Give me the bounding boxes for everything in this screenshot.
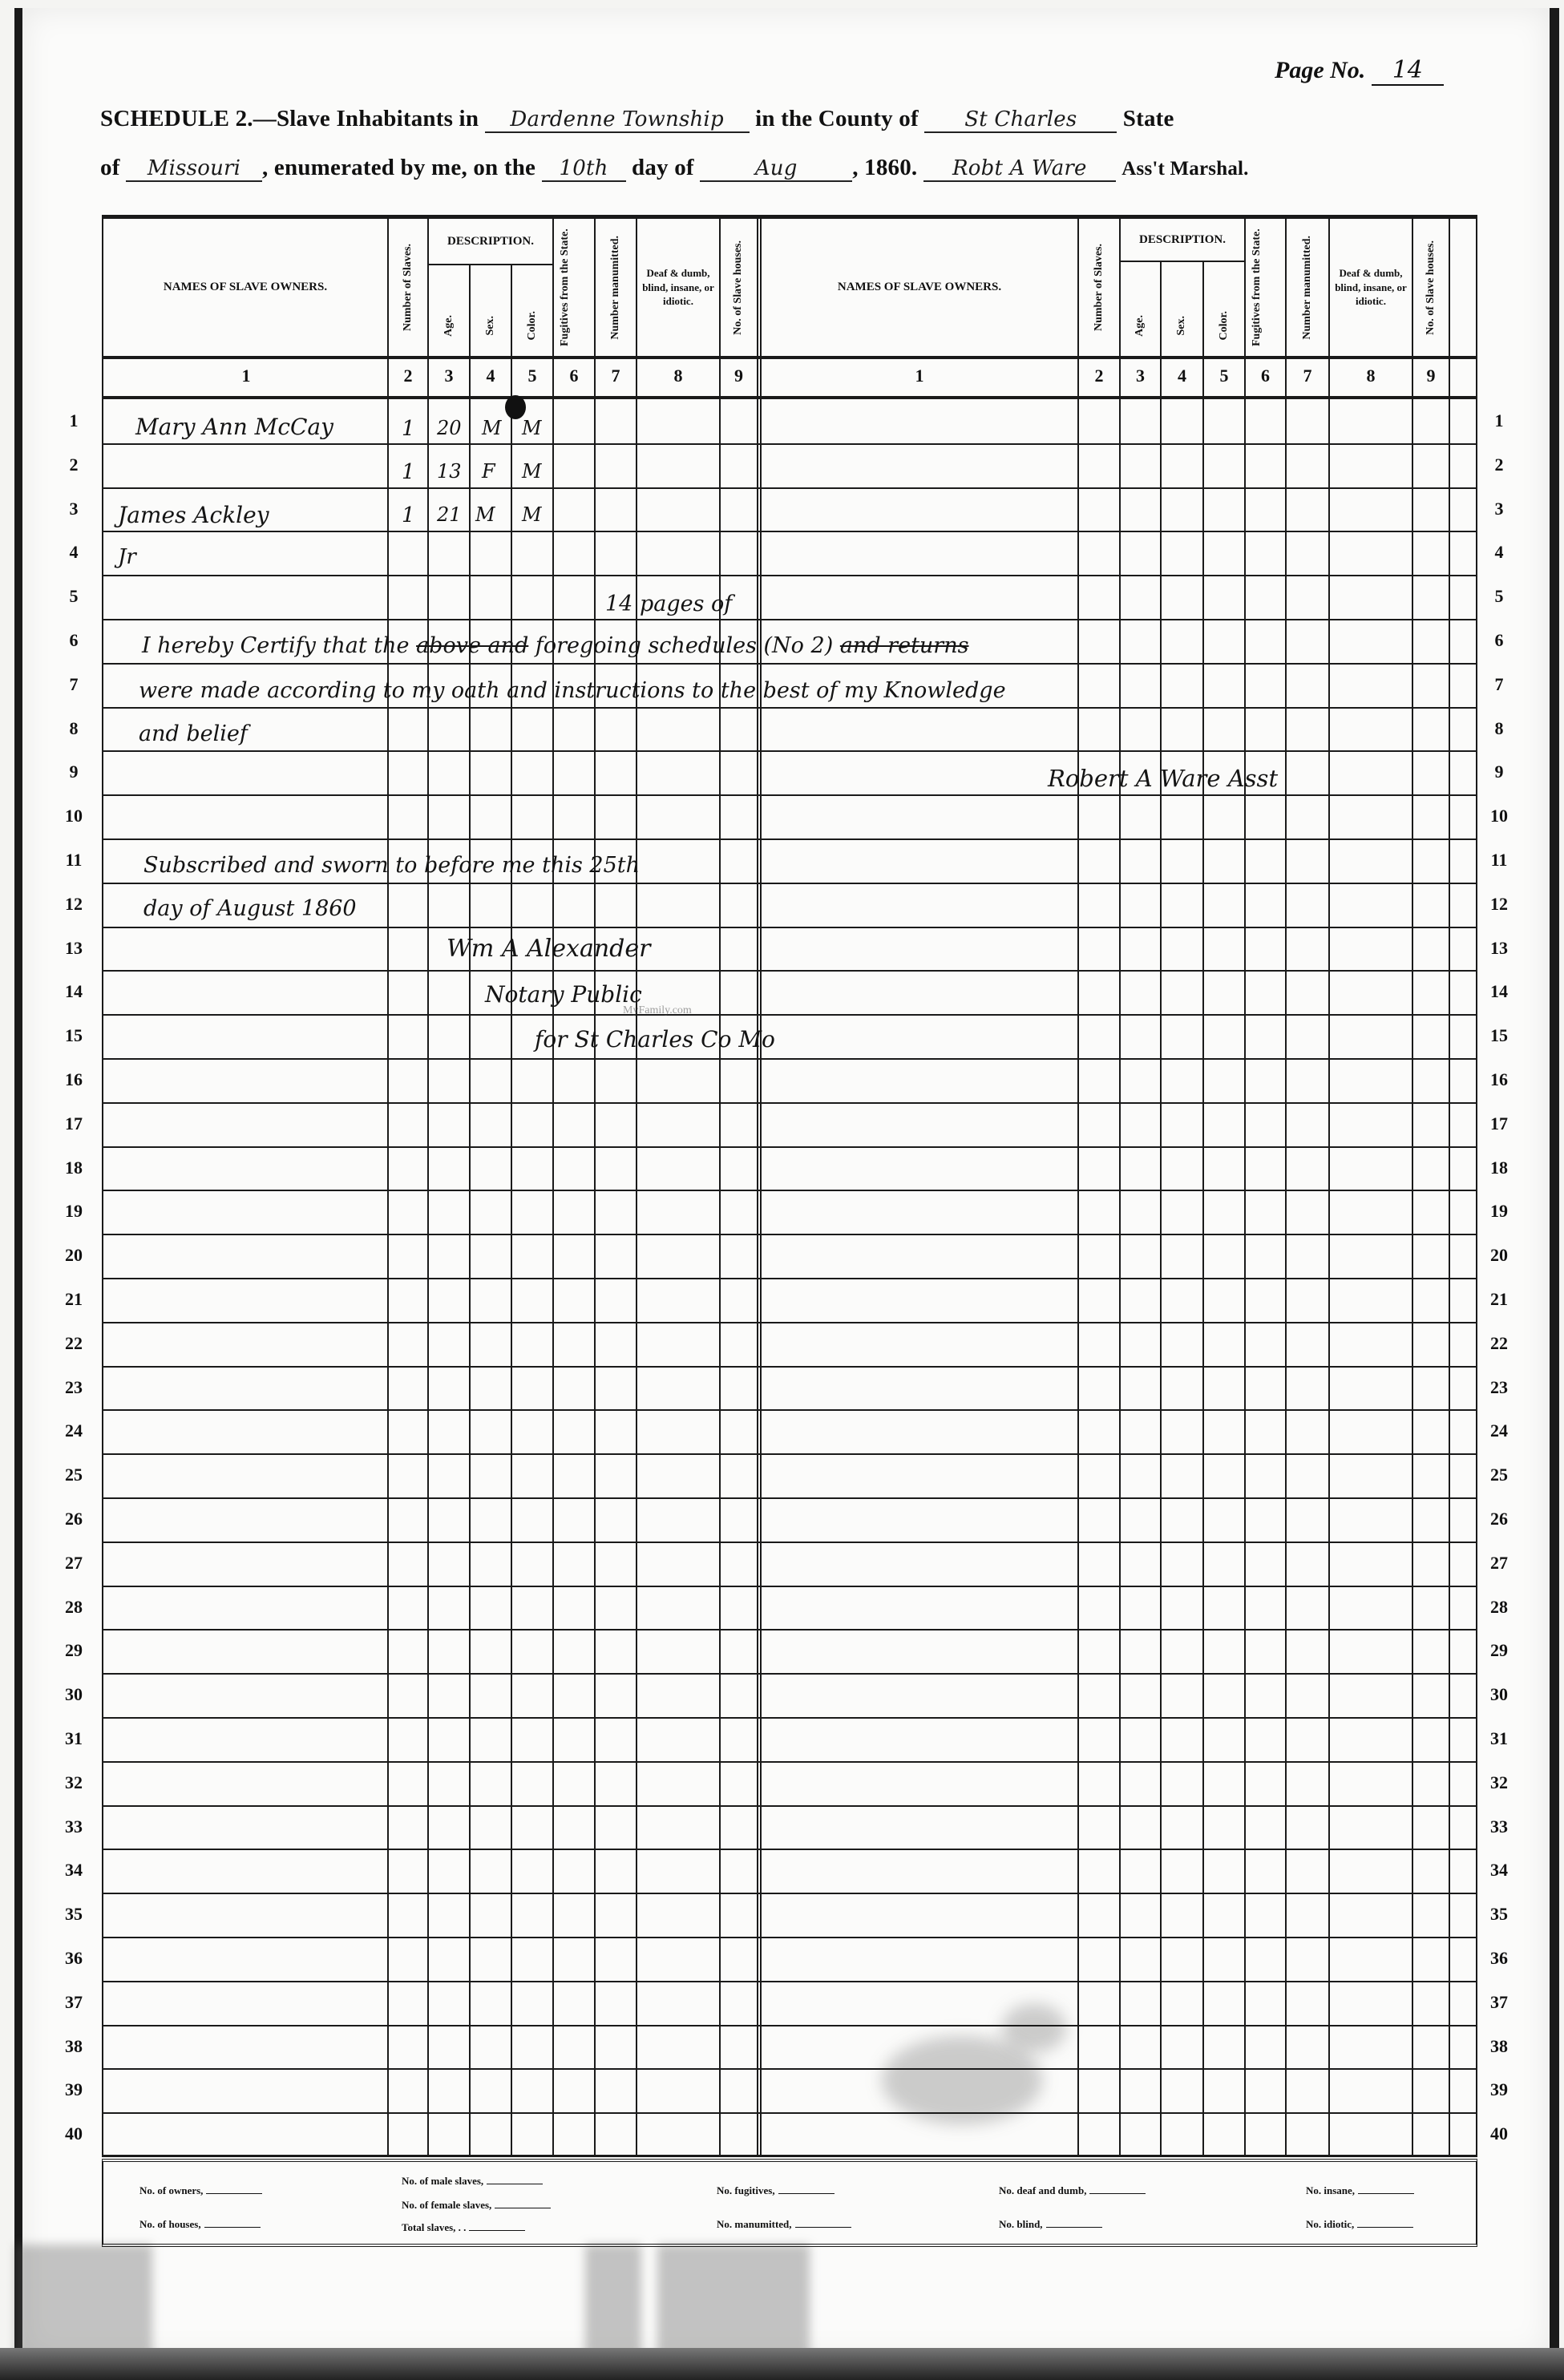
row-number-left: 10 xyxy=(58,806,90,826)
certify-line-8: and belief xyxy=(139,721,248,746)
row-rule xyxy=(102,1542,1477,1543)
row-number-right: 17 xyxy=(1483,1113,1515,1134)
row-number-right: 19 xyxy=(1483,1201,1515,1222)
col-header-age: Age. xyxy=(429,295,469,356)
row-number-left: 8 xyxy=(58,718,90,739)
description-rule-left xyxy=(427,264,552,265)
row-number-left: 30 xyxy=(58,1684,90,1705)
state-field: Missouri xyxy=(126,156,262,182)
row-rule xyxy=(102,1717,1477,1719)
sex-cell: M xyxy=(482,417,502,439)
row-number-right: 29 xyxy=(1483,1640,1515,1661)
row-rule xyxy=(102,2025,1477,2026)
row-number-left: 34 xyxy=(58,1860,90,1881)
page-no-value: 14 xyxy=(1372,56,1444,86)
blank-field xyxy=(1089,2193,1146,2194)
row-rule xyxy=(102,1937,1477,1938)
footer-label: No. manumitted, xyxy=(717,2218,792,2230)
row-rule xyxy=(102,970,1477,972)
table-right-border xyxy=(1476,215,1477,2156)
row-number-right: 25 xyxy=(1483,1465,1515,1485)
certify-line-6: I hereby Certify that the above and fore… xyxy=(142,633,968,658)
row-number-left: 31 xyxy=(58,1728,90,1749)
table-left-border xyxy=(102,215,103,2156)
col-header-color-right-text: Color. xyxy=(1218,311,1231,340)
ink-blot xyxy=(505,395,526,419)
page-no-label: Page No. xyxy=(1275,57,1365,83)
row-number-left: 36 xyxy=(58,1948,90,1969)
row-number-right: 14 xyxy=(1483,981,1515,1002)
col-header-deaf: Deaf & dumb, blind, insane, or idiotic. xyxy=(637,219,719,356)
row-number-right: 16 xyxy=(1483,1069,1515,1090)
col-divider xyxy=(719,215,721,2156)
col-header-owner-names-right: NAMES OF SLAVE OWNERS. xyxy=(762,219,1077,356)
num-slaves-cell: 1 xyxy=(402,460,415,484)
footer-male: No. of male slaves, xyxy=(402,2175,543,2188)
age-cell: 20 xyxy=(437,417,462,439)
row-number-left: 26 xyxy=(58,1509,90,1529)
row-number-left: 1 xyxy=(58,410,90,431)
col-number: 9 xyxy=(1413,366,1449,386)
row-number-right: 22 xyxy=(1483,1333,1515,1354)
row-number-left: 32 xyxy=(58,1772,90,1793)
row-number-right: 4 xyxy=(1483,542,1515,563)
enumeration-line: of Missouri, enumerated by me, on the 10… xyxy=(100,155,1249,182)
row-number-left: 15 xyxy=(58,1025,90,1046)
col-number: 3 xyxy=(1121,366,1160,386)
row-number-right: 23 xyxy=(1483,1377,1515,1398)
row-number-left: 23 xyxy=(58,1377,90,1398)
col-number: 5 xyxy=(512,366,552,386)
col-number: 4 xyxy=(1162,366,1202,386)
row-rule xyxy=(102,2068,1477,2070)
col-header-num-slaves-right: Number of Slaves. xyxy=(1079,219,1119,356)
row-number-left: 19 xyxy=(58,1201,90,1222)
col-header-sex-right: Sex. xyxy=(1162,295,1202,356)
col-number: 6 xyxy=(554,366,594,386)
row-rule xyxy=(102,1761,1477,1763)
notary-title: Notary Public xyxy=(485,981,642,1008)
footer-deaf: No. deaf and dumb, xyxy=(999,2184,1146,2197)
col-number: 7 xyxy=(596,366,636,386)
row-number-right: 21 xyxy=(1483,1289,1515,1310)
row-number-right: 38 xyxy=(1483,2036,1515,2057)
certify-text: I hereby Certify that the xyxy=(142,633,409,658)
row-number-left: 22 xyxy=(58,1333,90,1354)
col-header-manumitted-text: Number manumitted. xyxy=(610,236,622,340)
enumerated-label: , enumerated by me, on the xyxy=(262,155,535,180)
row-rule xyxy=(102,1234,1477,1235)
row-number-left: 18 xyxy=(58,1158,90,1178)
of-label: of xyxy=(100,155,120,180)
row-rule xyxy=(102,487,1477,489)
col-header-num-slaves-text: Number of Slaves. xyxy=(402,244,414,331)
county-field: St Charles xyxy=(924,107,1117,133)
footer-label: No. insane, xyxy=(1306,2184,1355,2196)
footer-label: No. blind, xyxy=(999,2218,1043,2230)
row-number-left: 14 xyxy=(58,981,90,1002)
footer-label: No. of male slaves, xyxy=(402,2175,483,2187)
footer-fugitives: No. fugitives, xyxy=(717,2184,835,2197)
col-divider xyxy=(594,215,596,2156)
row-number-right: 34 xyxy=(1483,1860,1515,1881)
color-cell: M xyxy=(522,417,542,439)
row-number-left: 20 xyxy=(58,1245,90,1266)
row-rule xyxy=(102,1849,1477,1850)
col-header-manumitted-right: Number manumitted. xyxy=(1287,219,1328,356)
blank-field xyxy=(795,2227,851,2228)
row-number-right: 8 xyxy=(1483,718,1515,739)
col-divider xyxy=(1412,215,1413,2156)
col-number: 2 xyxy=(389,366,427,386)
blank-field xyxy=(1358,2193,1414,2194)
age-cell: 13 xyxy=(437,460,462,483)
blank-field xyxy=(469,2230,525,2231)
row-rule xyxy=(102,1146,1477,1148)
row-number-left: 2 xyxy=(58,455,90,475)
num-slaves-cell: 1 xyxy=(402,503,415,527)
row-number-left: 38 xyxy=(58,2036,90,2057)
row-number-right: 10 xyxy=(1483,806,1515,826)
col-divider xyxy=(1328,215,1330,2156)
row-rule xyxy=(102,883,1477,884)
col-number: 8 xyxy=(637,366,719,386)
row-rule xyxy=(102,1409,1477,1411)
row-number-right: 40 xyxy=(1483,2123,1515,2144)
row-rule xyxy=(102,1014,1477,1016)
col-divider xyxy=(1285,215,1287,2156)
footer-idiotic: No. idiotic, xyxy=(1306,2218,1413,2231)
row-rule xyxy=(102,1058,1477,1060)
marshal-signature: Robert A Ware Asst xyxy=(1048,765,1278,792)
row-number-left: 12 xyxy=(58,894,90,915)
col-divider-double xyxy=(760,215,762,2156)
row-number-left: 37 xyxy=(58,1992,90,2013)
col-header-fugitives-right: Fugitives from the State. xyxy=(1246,219,1285,356)
col-header-description-right: DESCRIPTION. xyxy=(1121,219,1244,261)
certify-text: foregoing schedules (No 2) xyxy=(535,633,833,658)
col-header-num-slaves-right-text: Number of Slaves. xyxy=(1093,244,1105,331)
row-number-left: 3 xyxy=(58,499,90,519)
row-rule xyxy=(102,838,1477,840)
row-rule xyxy=(102,443,1477,445)
pages-note: 14 pages of xyxy=(605,592,732,616)
blank-field xyxy=(487,2184,543,2184)
col-divider xyxy=(552,215,554,2156)
row-rule xyxy=(102,531,1477,532)
footer-houses: No. of houses, xyxy=(139,2218,261,2231)
row-number-right: 15 xyxy=(1483,1025,1515,1046)
day-field: 10th xyxy=(542,156,626,182)
row-rule xyxy=(102,2112,1477,2114)
row-number-left: 27 xyxy=(58,1553,90,1574)
description-rule-right xyxy=(1119,261,1244,262)
col-number: 3 xyxy=(429,366,469,386)
blank-field xyxy=(204,2227,261,2228)
row-number-right: 18 xyxy=(1483,1158,1515,1178)
col-header-fugitives-right-text: Fugitives from the State. xyxy=(1251,221,1280,354)
row-number-right: 24 xyxy=(1483,1420,1515,1441)
footer-label: No. of owners, xyxy=(139,2184,203,2196)
schedule-title-line: SCHEDULE 2.—Slave Inhabitants in Dardenn… xyxy=(100,106,1174,133)
blank-field xyxy=(1357,2227,1413,2228)
row-rule xyxy=(102,1497,1477,1499)
row-rule xyxy=(102,1453,1477,1455)
row-rule xyxy=(102,750,1477,752)
row-number-right: 11 xyxy=(1483,850,1515,871)
row-number-left: 21 xyxy=(58,1289,90,1310)
owner-name-cell: James Ackley xyxy=(118,502,269,528)
col-number: 9 xyxy=(721,366,757,386)
row-rule xyxy=(102,707,1477,709)
scan-shadow xyxy=(657,2245,810,2365)
blank-field xyxy=(778,2193,835,2194)
row-number-right: 33 xyxy=(1483,1816,1515,1837)
row-number-right: 7 xyxy=(1483,674,1515,695)
row-number-right: 28 xyxy=(1483,1597,1515,1618)
row-number-right: 37 xyxy=(1483,1992,1515,2013)
struck-text: above and xyxy=(416,633,528,658)
notary-signature: Wm A Alexander xyxy=(447,935,650,963)
row-number-right: 39 xyxy=(1483,2079,1515,2100)
marshal-label: Ass't Marshal. xyxy=(1121,158,1248,180)
row-number-right: 2 xyxy=(1483,455,1515,475)
row-number-right: 20 xyxy=(1483,1245,1515,1266)
schedule-label: SCHEDULE 2.—Slave Inhabitants in xyxy=(100,106,479,131)
col-number: 1 xyxy=(230,366,262,386)
blank-field xyxy=(206,2193,262,2194)
footer-blind: No. blind, xyxy=(999,2218,1102,2231)
row-rule xyxy=(102,1366,1477,1368)
oath-line-12: day of August 1860 xyxy=(143,896,357,921)
col-number: 4 xyxy=(471,366,511,386)
footer-label: No. of female slaves, xyxy=(402,2199,491,2211)
county-label: in the County of xyxy=(755,106,919,131)
footer-label: No. of houses, xyxy=(139,2218,201,2230)
col-divider xyxy=(427,215,429,2156)
col-divider xyxy=(636,215,637,2156)
oath-line-11: Subscribed and sworn to before me this 2… xyxy=(143,853,640,878)
col-divider xyxy=(1244,215,1246,2156)
color-cell: M xyxy=(522,503,542,526)
struck-text: and returns xyxy=(840,633,969,658)
col-header-fugitives-text: Fugitives from the State. xyxy=(560,221,588,354)
scan-shadow xyxy=(585,2245,641,2365)
marshal-field: Robt A Ware xyxy=(923,156,1116,182)
row-number-right: 27 xyxy=(1483,1553,1515,1574)
col-header-sex-text: Sex. xyxy=(485,316,497,336)
row-number-left: 33 xyxy=(58,1816,90,1837)
row-number-left: 16 xyxy=(58,1069,90,1090)
row-number-right: 26 xyxy=(1483,1509,1515,1529)
col-number: 1 xyxy=(903,366,936,386)
row-rule xyxy=(102,1102,1477,1104)
age-cell: 21 xyxy=(437,503,462,526)
table-bottom-rule xyxy=(102,2155,1477,2157)
slave-schedule-table: NAMES OF SLAVE OWNERS. Number of Slaves.… xyxy=(102,215,1477,2156)
footer-label: Total slaves, . . xyxy=(402,2221,466,2233)
footer-label: No. deaf and dumb, xyxy=(999,2184,1086,2196)
col-divider xyxy=(387,215,389,2156)
col-header-sex: Sex. xyxy=(471,295,511,356)
blank-field xyxy=(1046,2227,1102,2228)
row-number-left: 6 xyxy=(58,630,90,651)
num-slaves-cell: 1 xyxy=(402,417,415,441)
col-header-manumitted: Number manumitted. xyxy=(596,219,636,356)
sex-cell: F xyxy=(482,460,495,483)
row-number-left: 29 xyxy=(58,1640,90,1661)
row-rule xyxy=(102,1586,1477,1587)
row-number-right: 9 xyxy=(1483,762,1515,782)
footer-total: Total slaves, . . xyxy=(402,2221,525,2234)
row-number-left: 28 xyxy=(58,1597,90,1618)
col-header-houses-right: No. of Slave houses. xyxy=(1413,219,1449,356)
col-number: 5 xyxy=(1204,366,1244,386)
col-header-houses: No. of Slave houses. xyxy=(721,219,757,356)
col-divider xyxy=(1202,261,1204,2156)
col-number: 2 xyxy=(1079,366,1119,386)
state-label: State xyxy=(1123,106,1174,131)
row-number-left: 4 xyxy=(58,542,90,563)
row-rule xyxy=(102,1278,1477,1279)
row-rule xyxy=(102,927,1477,928)
month-field: Aug xyxy=(700,156,852,182)
notary-county: for St Charles Co Mo xyxy=(535,1026,775,1053)
col-header-num-slaves: Number of Slaves. xyxy=(389,219,427,356)
row-number-right: 13 xyxy=(1483,938,1515,959)
footer-female: No. of female slaves, xyxy=(402,2199,551,2212)
col-divider xyxy=(511,264,512,2156)
sex-cell: M xyxy=(475,503,495,526)
col-header-color: Color. xyxy=(512,295,552,356)
row-number-right: 1 xyxy=(1483,410,1515,431)
watermark: MyFamily.com xyxy=(623,1004,692,1017)
row-number-right: 5 xyxy=(1483,586,1515,607)
owner-name-cell: Jr xyxy=(118,545,136,569)
col-header-owner-names: NAMES OF SLAVE OWNERS. xyxy=(103,219,387,356)
footer-owners: No. of owners, xyxy=(139,2184,262,2197)
footer-label: No. idiotic, xyxy=(1306,2218,1354,2230)
row-number-left: 24 xyxy=(58,1420,90,1441)
row-rule xyxy=(102,1629,1477,1630)
page-number: Page No. 14 xyxy=(1275,56,1444,86)
row-rule xyxy=(102,1673,1477,1675)
color-cell: M xyxy=(522,460,542,483)
col-divider xyxy=(469,264,471,2156)
col-header-houses-text: No. of Slave houses. xyxy=(733,240,745,335)
col-divider xyxy=(1160,261,1162,2156)
row-rule xyxy=(102,663,1477,665)
row-number-left: 25 xyxy=(58,1465,90,1485)
row-number-left: 13 xyxy=(58,938,90,959)
row-rule xyxy=(102,1805,1477,1807)
certify-line-7: were made according to my oath and instr… xyxy=(139,678,1006,703)
row-number-right: 32 xyxy=(1483,1772,1515,1793)
row-number-left: 11 xyxy=(58,850,90,871)
footer-insane: No. insane, xyxy=(1306,2184,1414,2197)
summary-footer: No. of owners, No. of houses, No. of mal… xyxy=(102,2159,1477,2247)
col-number: 6 xyxy=(1246,366,1285,386)
col-header-deaf-right: Deaf & dumb, blind, insane, or idiotic. xyxy=(1330,219,1412,356)
col-header-fugitives: Fugitives from the State. xyxy=(554,219,594,356)
day-of-label: day of xyxy=(632,155,694,180)
row-number-right: 36 xyxy=(1483,1948,1515,1969)
township-field: Dardenne Township xyxy=(485,107,750,133)
blank-field xyxy=(495,2208,551,2208)
col-header-sex-right-text: Sex. xyxy=(1176,316,1188,336)
row-number-left: 5 xyxy=(58,586,90,607)
col-divider xyxy=(1077,215,1079,2156)
row-rule xyxy=(102,794,1477,796)
row-number-right: 31 xyxy=(1483,1728,1515,1749)
col-divider xyxy=(757,215,758,2156)
col-header-manumitted-right-text: Number manumitted. xyxy=(1302,236,1314,340)
row-number-right: 6 xyxy=(1483,630,1515,651)
col-divider xyxy=(1119,215,1121,2156)
row-rule xyxy=(102,1322,1477,1323)
owner-name-cell: Mary Ann McCay xyxy=(135,414,333,440)
colnum-bottom-rule xyxy=(102,396,1477,399)
col-number: 7 xyxy=(1287,366,1328,386)
row-number-left: 17 xyxy=(58,1113,90,1134)
row-number-left: 39 xyxy=(58,2079,90,2100)
row-number-left: 40 xyxy=(58,2123,90,2144)
col-header-color-right: Color. xyxy=(1204,295,1244,356)
col-header-description: DESCRIPTION. xyxy=(429,219,552,264)
footer-manumitted: No. manumitted, xyxy=(717,2218,851,2231)
header-bottom-rule xyxy=(102,356,1477,359)
row-number-left: 9 xyxy=(58,762,90,782)
row-rule xyxy=(102,1893,1477,1894)
row-number-left: 35 xyxy=(58,1904,90,1925)
row-number-right: 30 xyxy=(1483,1684,1515,1705)
row-number-left: 7 xyxy=(58,674,90,695)
scan-edge xyxy=(0,2348,1564,2380)
scan-shadow xyxy=(16,2245,152,2365)
col-header-age-right-text: Age. xyxy=(1134,315,1146,337)
row-number-right: 12 xyxy=(1483,894,1515,915)
col-divider xyxy=(1449,215,1450,2156)
col-header-age-right: Age. xyxy=(1121,295,1160,356)
col-header-color-text: Color. xyxy=(527,311,539,340)
col-number: 8 xyxy=(1330,366,1412,386)
col-header-houses-right-text: No. of Slave houses. xyxy=(1425,240,1437,335)
col-header-age-text: Age. xyxy=(443,315,455,337)
footer-label: No. fugitives, xyxy=(717,2184,775,2196)
row-number-right: 35 xyxy=(1483,1904,1515,1925)
row-number-right: 3 xyxy=(1483,499,1515,519)
row-rule xyxy=(102,1190,1477,1191)
row-rule xyxy=(102,1981,1477,1982)
year-label: , 1860. xyxy=(852,155,917,180)
row-rule xyxy=(102,575,1477,576)
row-rule xyxy=(102,619,1477,620)
